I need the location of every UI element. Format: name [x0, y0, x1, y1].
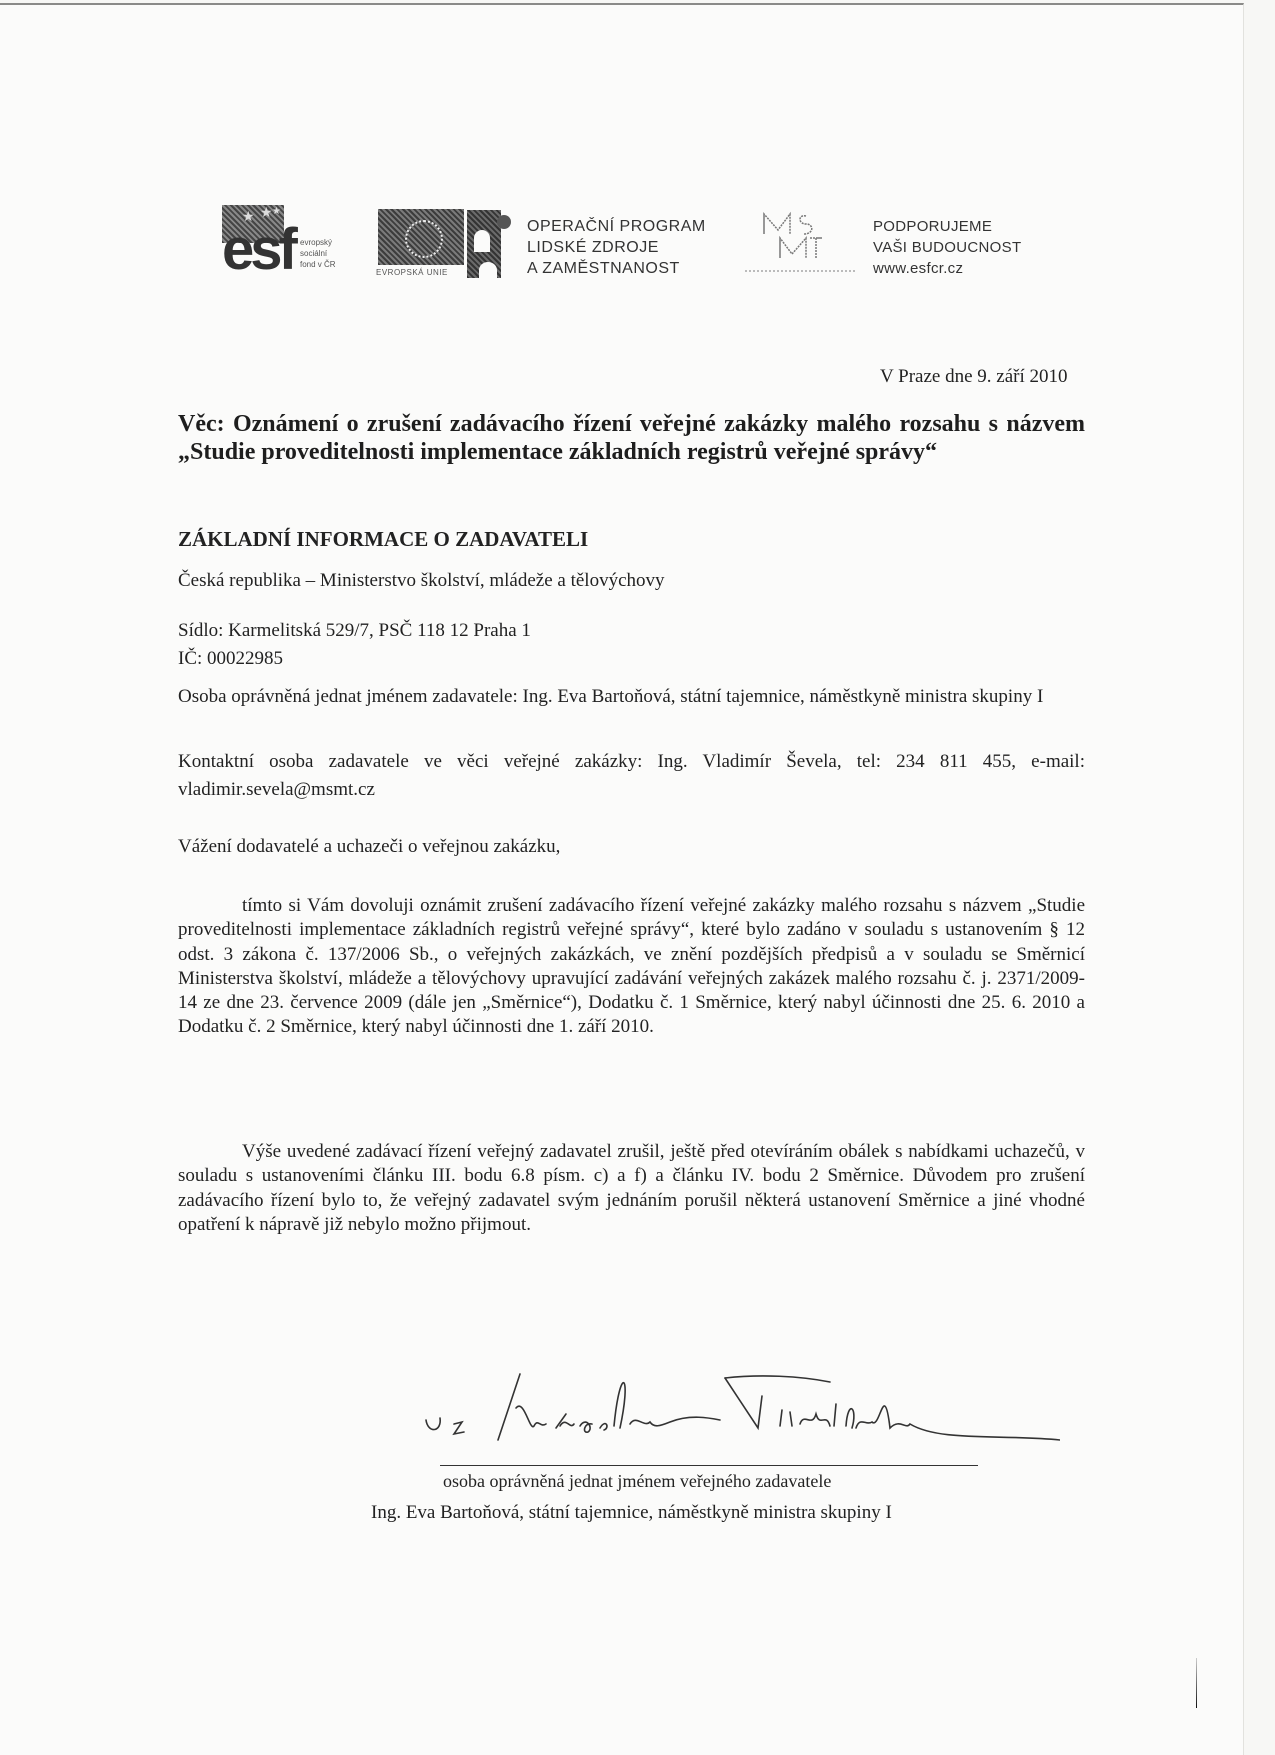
eu-stars-icon	[405, 220, 443, 258]
esf-caption: evropský sociální fond v ČR	[300, 237, 336, 270]
support-slogan: PODPORUJEME VAŠI BUDOUCNOST www.esfcr.cz	[873, 216, 1021, 279]
msmt-monogram-icon	[760, 210, 830, 262]
esf-logo-text: esf	[222, 221, 294, 279]
company-id: IČ: 00022985	[178, 648, 283, 670]
esf-logo: ★ ★ ★ esf	[222, 205, 292, 277]
msmt-caption	[745, 270, 855, 278]
authorized-person: Osoba oprávněná jednat jménem zadavatele…	[178, 686, 1085, 708]
operational-program-text: OPERAČNÍ PROGRAM LIDSKÉ ZDROJE A ZAMĚSTN…	[527, 216, 706, 279]
paragraph-cancellation-reason: Výše uvedené zadávací řízení veřejný zad…	[178, 1140, 1085, 1237]
esf-caption-line: fond v ČR	[300, 259, 336, 270]
slogan-line: PODPORUJEME	[873, 216, 1021, 237]
signature-line	[440, 1465, 978, 1466]
paragraph-cancellation-notice: tímto si Vám dovoluji oznámit zrušení za…	[178, 894, 1085, 1040]
program-line: OPERAČNÍ PROGRAM	[527, 216, 706, 237]
scan-artifact	[1196, 1658, 1197, 1708]
contact-person: Kontaktní osoba zadavatele ve věci veřej…	[178, 748, 1085, 804]
letter-subject: Věc: Oznámení o zrušení zadávacího řízen…	[178, 410, 1085, 466]
seat-address: Sídlo: Karmelitská 529/7, PSČ 118 12 Pra…	[178, 620, 531, 642]
website-link[interactable]: www.esfcr.cz	[873, 258, 1021, 279]
program-line: LIDSKÉ ZDROJE	[527, 237, 706, 258]
letter-date: V Praze dne 9. září 2010	[880, 366, 1067, 388]
slogan-line: VAŠI BUDOUCNOST	[873, 237, 1021, 258]
section-title: ZÁKLADNÍ INFORMACE O ZADAVATELI	[178, 528, 588, 550]
esf-caption-line: sociální	[300, 248, 336, 259]
handwritten-signature	[420, 1368, 1060, 1438]
signature-caption: osoba oprávněná jednat jménem veřejného …	[443, 1470, 831, 1492]
signatory-name: Ing. Eva Bartoňová, státní tajemnice, ná…	[371, 1502, 892, 1524]
contracting-authority: Česká republika – Ministerstvo školství,…	[178, 570, 665, 592]
puzzle-knob-icon	[497, 215, 511, 229]
puzzle-figure-head	[474, 230, 490, 252]
signature-icon	[420, 1368, 1060, 1448]
eu-label: EVROPSKÁ UNIE	[376, 268, 448, 277]
esf-caption-line: evropský	[300, 237, 336, 248]
program-line: A ZAMĚSTNANOST	[527, 258, 706, 279]
puzzle-figure-body	[479, 262, 497, 278]
msmt-logo-icon	[760, 210, 830, 267]
salutation: Vážení dodavatelé a uchazeči o veřejnou …	[178, 836, 560, 858]
